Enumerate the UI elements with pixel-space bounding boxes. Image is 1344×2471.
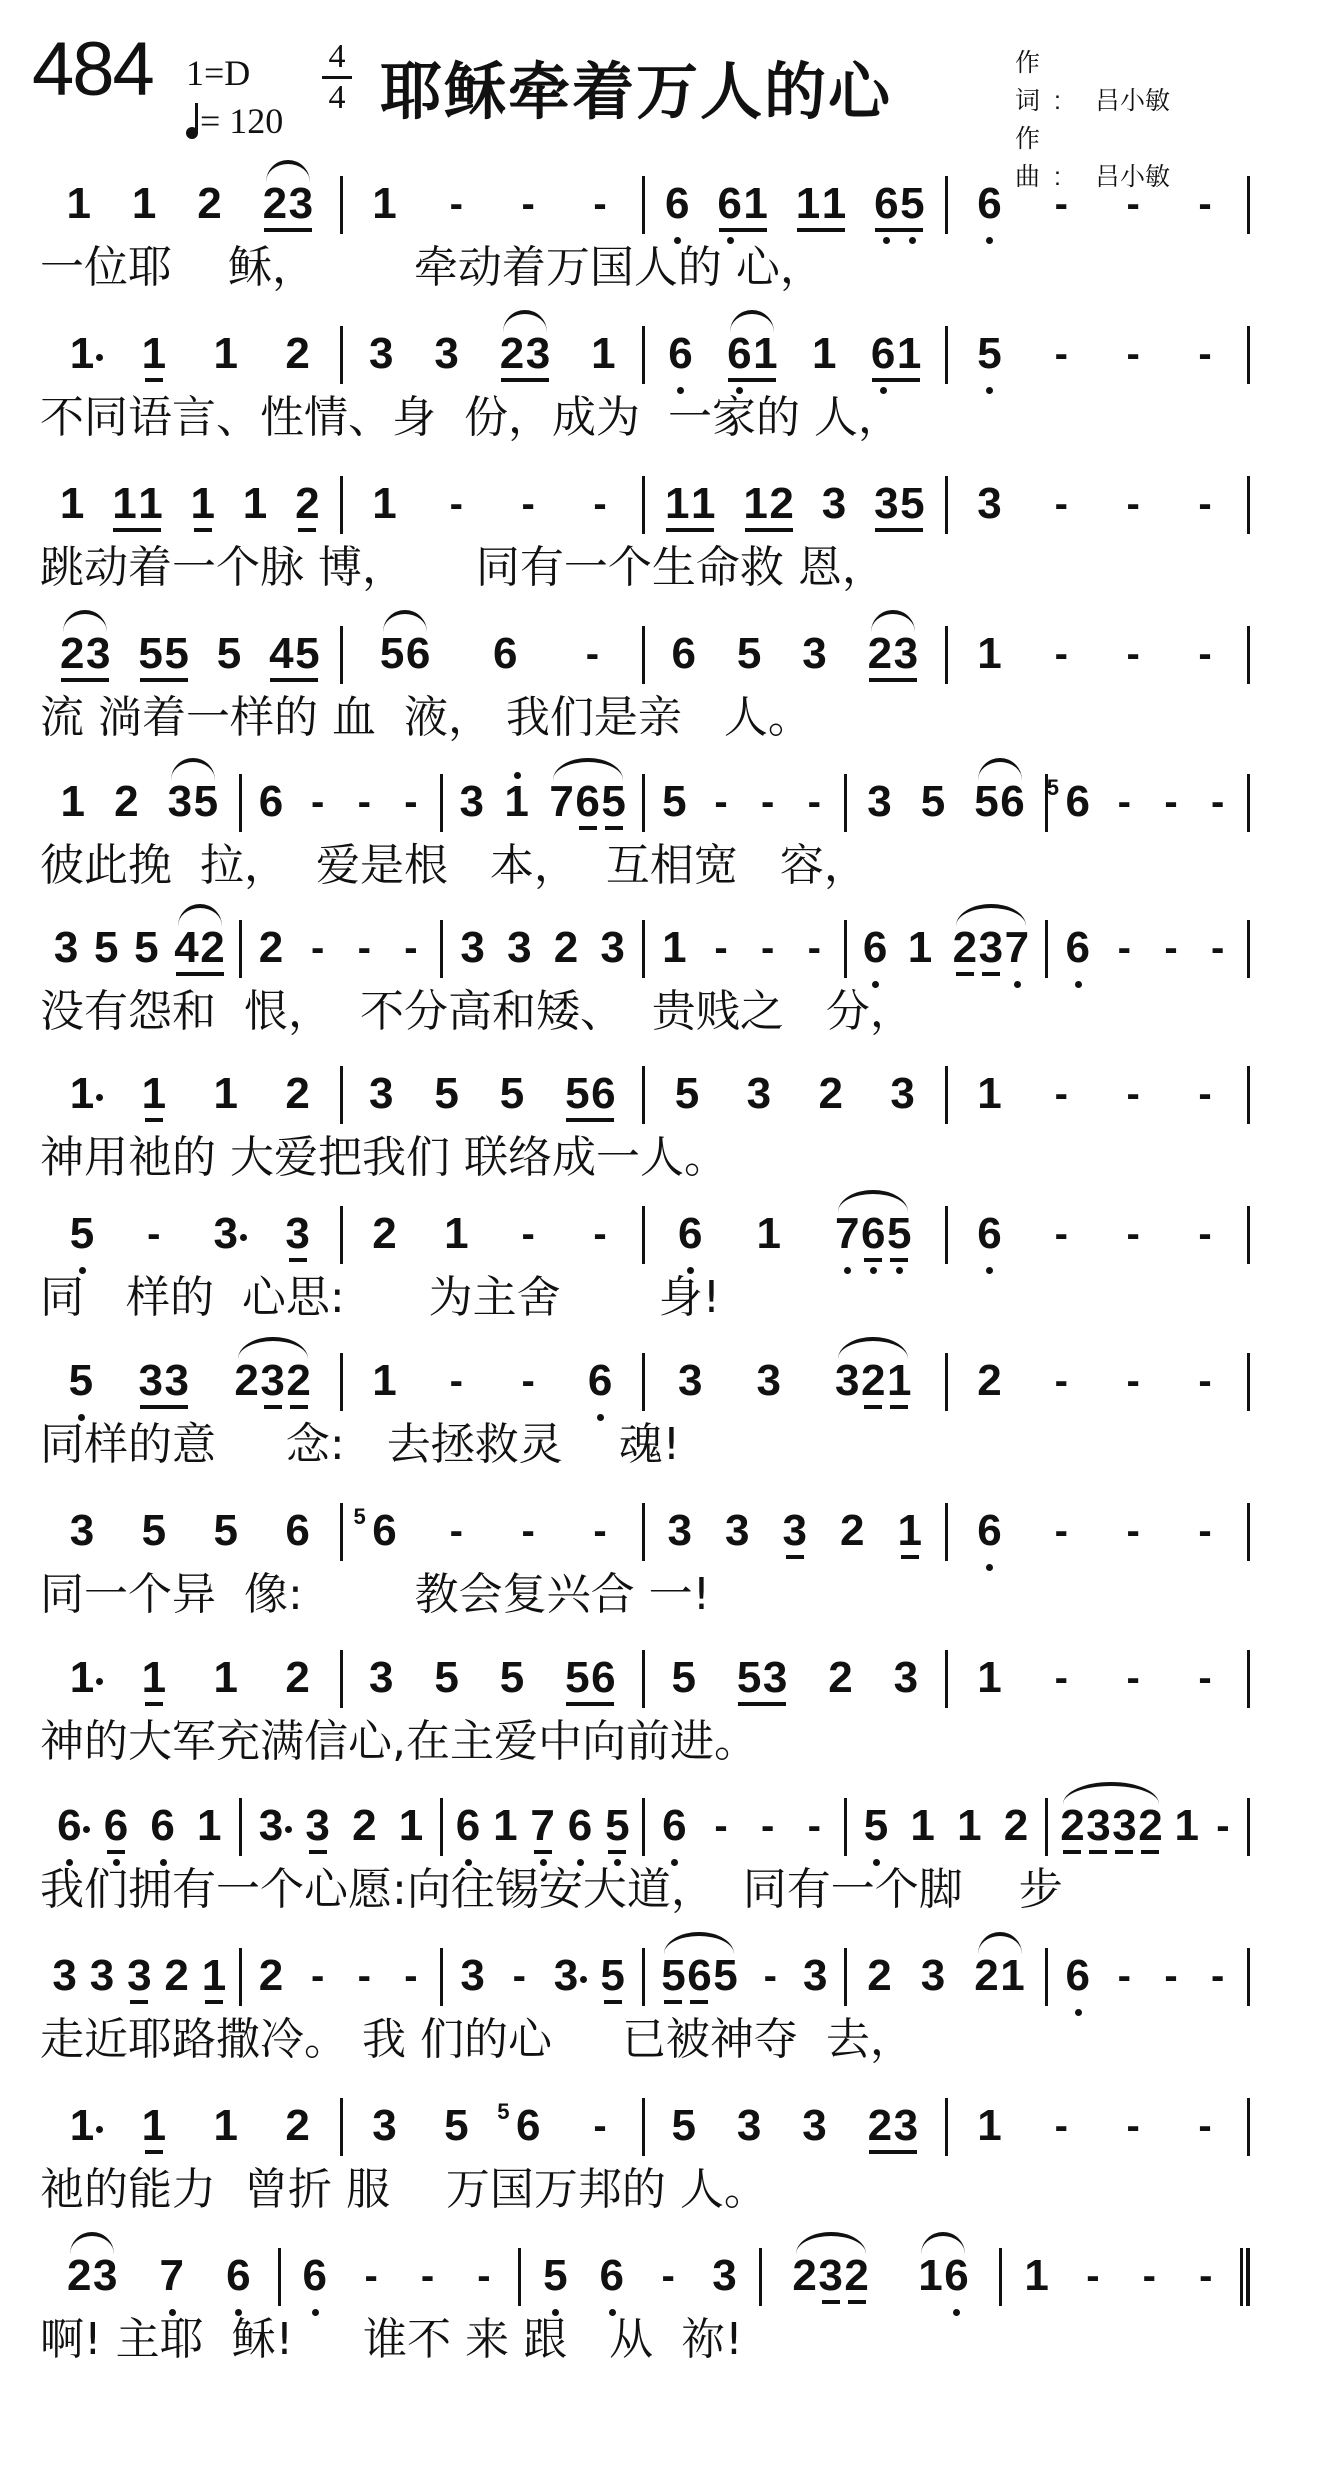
note-group: 45 <box>268 632 320 688</box>
note-group: 11 <box>111 482 163 538</box>
sustain-dash: - <box>1192 1509 1218 1565</box>
lyrics-line: 流 淌着一样的 血 液， 我们是亲 人。 <box>40 688 1250 766</box>
note: 6 <box>1000 780 1026 836</box>
note: 1 <box>69 1072 95 1128</box>
measure: 5--- <box>948 318 1248 388</box>
note: 5 <box>886 1212 912 1268</box>
measure: 53323 <box>645 2090 945 2160</box>
note: 1 <box>196 1804 222 1860</box>
note: 6 <box>599 2254 625 2310</box>
note: 2 <box>860 1359 886 1415</box>
measure: 5-33 <box>40 1198 340 1268</box>
note: 5 <box>974 780 1000 836</box>
measure: 1112 <box>40 1642 340 1712</box>
notes-row: 111235556553231--- <box>40 1642 1250 1712</box>
note-group: 765 <box>834 1212 912 1268</box>
note: 7 <box>1004 926 1030 982</box>
note: 65 <box>371 1509 397 1565</box>
measure: 5--- <box>645 766 844 836</box>
note: 1 <box>371 182 397 238</box>
note: 6 <box>590 1072 616 1128</box>
augmentation-dot <box>96 1678 103 1685</box>
note: 3 <box>260 1359 286 1415</box>
lyrics-line: 没有怨和 恨， 不分高和矮、 贵贱之 分， <box>40 982 1250 1060</box>
sustain-dash: - <box>398 1954 424 2010</box>
note: 6 <box>862 926 888 982</box>
note: 3 <box>371 2104 397 2160</box>
sustain-dash: - <box>1120 1072 1146 1128</box>
note: 3 <box>126 1954 152 2010</box>
note-group: 565 <box>660 1954 738 2010</box>
note: 1 <box>190 482 216 538</box>
note: 3 <box>368 332 394 388</box>
sustain-dash: - <box>1048 2104 1074 2160</box>
note: 1 <box>111 482 137 538</box>
note: 1 <box>242 482 268 538</box>
note: 3 <box>85 632 111 688</box>
sustain-dash: - <box>1048 1212 1074 1268</box>
note: 6 <box>976 182 1002 238</box>
note-group: 53 <box>736 1656 788 1712</box>
measure: 565-3 <box>645 1940 844 2010</box>
sustain-dash: - <box>515 1509 541 1565</box>
slur-arc <box>266 160 310 182</box>
lyricist-name: 吕小敏 <box>1095 87 1170 115</box>
note: 2 <box>164 1954 190 2010</box>
score-line: 111235556553231---神的大军充满信心,在主爱中向前进。 <box>40 1642 1250 1790</box>
sustain-dash: - <box>1120 632 1146 688</box>
score-line: 355422---33231---612376---没有怨和 恨， 不分高和矮、… <box>40 912 1250 1060</box>
note-group: 23 <box>499 332 551 388</box>
measure: 1112335 <box>645 468 945 538</box>
note: 6 <box>150 1804 176 1860</box>
sustain-dash: - <box>358 2254 384 2310</box>
note: 5 <box>434 1656 460 1712</box>
note: 3 <box>677 1359 703 1415</box>
notes-row: 12356---317655---355665--- <box>40 766 1250 836</box>
notes-row: 333212---3-35565-323216--- <box>40 1940 1250 2010</box>
note: 1 <box>886 1359 912 1415</box>
note-group: 237 <box>952 926 1030 982</box>
note: 1 <box>917 2254 943 2310</box>
measure: 5323 <box>645 1058 945 1128</box>
note: 2 <box>818 1072 844 1128</box>
measure: 111112 <box>40 468 340 538</box>
note: 2 <box>258 1954 284 2010</box>
note: 3 <box>782 1509 808 1565</box>
measure: 2--- <box>242 912 441 982</box>
note: 6 <box>103 1804 129 1860</box>
note: 1 <box>137 482 163 538</box>
note: 5 <box>976 332 1002 388</box>
sustain-dash: - <box>1158 926 1184 982</box>
measure: 6--- <box>948 1495 1248 1565</box>
score-line: 12356---317655---355665---彼此挽 拉， 爱是根 本， … <box>40 766 1250 914</box>
note: 3 <box>736 2104 762 2160</box>
note: 3 <box>459 780 485 836</box>
grace-note: 5 <box>353 1495 365 1539</box>
lyrics-line: 彼此挽 拉， 爱是根 本， 互相宽 容， <box>40 836 1250 914</box>
note: 3 <box>818 2254 844 2310</box>
sustain-dash: - <box>471 2254 497 2310</box>
measure: 6--- <box>1048 1940 1247 2010</box>
measure: 1--- <box>1002 2240 1240 2310</box>
measure: 1--- <box>948 1642 1248 1712</box>
low-octave-dot <box>609 2309 616 2316</box>
sustain-dash: - <box>1120 2104 1146 2160</box>
note: 5 <box>671 1656 697 1712</box>
note-group: 42 <box>174 926 226 982</box>
sustain-dash: - <box>351 780 377 836</box>
note: 3 <box>553 1954 579 2010</box>
note: 2 <box>769 482 795 538</box>
note: 1 <box>69 2104 95 2160</box>
note: 1 <box>60 780 86 836</box>
note: 2 <box>1003 1804 1029 1860</box>
measure: 6611165 <box>645 168 945 238</box>
note: 7 <box>159 2254 185 2310</box>
note: 1 <box>504 780 530 836</box>
measure: 55323 <box>645 1642 945 1712</box>
low-octave-dot <box>873 1859 880 1866</box>
note: 3 <box>368 1072 394 1128</box>
measure: 1112 <box>40 1058 340 1128</box>
grace-note: 5 <box>497 2090 509 2134</box>
note: 2 <box>827 1656 853 1712</box>
measure: 65--- <box>1048 766 1247 836</box>
sustain-dash: - <box>708 780 734 836</box>
note: 1 <box>907 926 933 982</box>
note: 3 <box>506 926 532 982</box>
measure: 1--- <box>343 468 643 538</box>
measure: 6--- <box>242 766 441 836</box>
note-group: 61 <box>717 182 769 238</box>
sustain-dash: - <box>1192 182 1218 238</box>
measure: 23216 <box>762 2240 1000 2310</box>
sustain-dash: - <box>708 926 734 982</box>
low-octave-dot <box>540 1859 547 1866</box>
measure: 566- <box>343 618 643 688</box>
measure: 3556 <box>847 766 1046 836</box>
note: 5 <box>600 1954 626 2010</box>
note-group: 56 <box>564 1072 616 1128</box>
measure: 1--- <box>948 1058 1248 1128</box>
measure: 6--- <box>948 168 1248 238</box>
sustain-dash: - <box>1048 332 1074 388</box>
note: 6 <box>225 2254 251 2310</box>
sustain-dash: - <box>1111 780 1137 836</box>
barline <box>1247 476 1250 534</box>
sustain-dash: - <box>443 182 469 238</box>
sustain-dash: - <box>1120 1656 1146 1712</box>
measure: 65323 <box>645 618 945 688</box>
note: 6 <box>587 1359 613 1415</box>
low-octave-dot <box>727 237 734 244</box>
note: 3 <box>890 1072 916 1128</box>
note: 5 <box>601 780 627 836</box>
sustain-dash: - <box>305 780 331 836</box>
tempo-value: = 120 <box>200 101 283 141</box>
measure: 1--- <box>948 2090 1248 2160</box>
measure: 61765 <box>645 1198 945 1268</box>
barline <box>1247 774 1250 832</box>
sustain-dash: - <box>757 1954 783 2010</box>
sustain-dash: - <box>1120 182 1146 238</box>
sustain-dash: - <box>1205 926 1231 982</box>
note: 2 <box>285 2104 311 2160</box>
note: 1 <box>443 1212 469 1268</box>
note-group: 23 <box>66 2254 118 2310</box>
note: 5 <box>736 1656 762 1712</box>
note: 3 <box>746 1072 772 1128</box>
note: 2 <box>285 332 311 388</box>
note-group: 232 <box>234 1359 312 1415</box>
note: 2 <box>262 182 288 238</box>
note: 3 <box>434 332 460 388</box>
note: 1 <box>213 332 239 388</box>
note: 1 <box>897 1509 923 1565</box>
note: 5 <box>443 2104 469 2160</box>
lyrics-line: 神的大军充满信心,在主爱中向前进。 <box>40 1712 1250 1790</box>
augmentation-dot <box>285 1826 292 1833</box>
measure: 65--- <box>343 1495 643 1565</box>
note: 6 <box>677 1212 703 1268</box>
measure: 6661 <box>40 1790 239 1860</box>
notes-row: 1112332316611615--- <box>40 318 1250 388</box>
note: 1 <box>661 926 687 982</box>
note: 1 <box>141 1656 167 1712</box>
measure: 33321 <box>645 1345 945 1415</box>
score-line: 23766---56-3232161---啊! 主耶 稣! 谁不 来 跟 从 祢… <box>40 2240 1250 2388</box>
lyrics-line: 不同语言、性情、身 份，成为 一家的 人， <box>40 388 1250 466</box>
note: 3 <box>1111 1804 1137 1860</box>
note-group: 21 <box>974 1954 1026 2010</box>
score-line: 11123555653231---神用祂的 大爱把我们 联络成一人。 <box>40 1058 1250 1206</box>
note: 5 <box>899 482 925 538</box>
note: 1 <box>1000 1954 1026 2010</box>
measure: 3321 <box>242 1790 441 1860</box>
note: 2 <box>294 482 320 538</box>
note: 1 <box>371 482 397 538</box>
sustain-dash: - <box>506 1954 532 2010</box>
lyrics-line: 啊! 主耶 稣! 谁不 来 跟 从 祢! <box>40 2310 1250 2388</box>
note: 3 <box>164 1359 190 1415</box>
note: 5 <box>564 1072 590 1128</box>
sustain-dash: - <box>801 926 827 982</box>
lyrics-line: 走近耶路撒冷。 我 们的心 已被神夺 去， <box>40 2010 1250 2088</box>
note-group: 232 <box>792 2254 870 2310</box>
note: 5 <box>499 1656 525 1712</box>
note: 3 <box>834 1359 860 1415</box>
time-signature-bottom: 4 <box>322 81 352 115</box>
note: 2 <box>839 1509 865 1565</box>
barline <box>1247 2098 1250 2156</box>
note: 1 <box>910 1804 936 1860</box>
sustain-dash: - <box>1192 632 1218 688</box>
sustain-dash: - <box>305 1954 331 2010</box>
note-group: 23 <box>262 182 314 238</box>
note: 1 <box>752 332 778 388</box>
note: 6 <box>976 1212 1002 1268</box>
sustain-dash: - <box>515 182 541 238</box>
low-octave-dot <box>880 387 887 394</box>
measure: 23321- <box>1048 1790 1247 1860</box>
measure: 2321 <box>847 1940 1046 2010</box>
measure: 3556 <box>40 1495 340 1565</box>
barline <box>1247 920 1250 978</box>
note-group: 23 <box>59 632 111 688</box>
note: 3 <box>866 780 892 836</box>
note: 1 <box>492 1804 518 1860</box>
score-line: 1112332316611615---不同语言、性情、身 份，成为 一家的 人， <box>40 318 1250 466</box>
score-line: 66613321617656---511223321-我们拥有一个心愿:向往锡安… <box>40 1790 1250 1938</box>
lyricist-label: 作 词: <box>1015 44 1095 120</box>
note: 1 <box>141 332 167 388</box>
score-line: 355665---333216---同一个异 像: 教会复兴合 一! <box>40 1495 1250 1643</box>
note-group: 55 <box>138 632 190 688</box>
sustain-dash: - <box>1120 1509 1146 1565</box>
note: 1 <box>1024 2254 1050 2310</box>
note: 3 <box>756 1359 782 1415</box>
score-line: 112231---66111656---一位耶 稣， 牵动着万国人的 心， <box>40 168 1250 316</box>
note: 1 <box>141 1072 167 1128</box>
note: 6 <box>664 182 690 238</box>
high-octave-dot <box>514 772 521 779</box>
note: 1 <box>398 1804 424 1860</box>
sustain-dash: - <box>587 1212 613 1268</box>
sustain-dash: - <box>443 1509 469 1565</box>
note: 6 <box>567 1804 593 1860</box>
measure: 6--- <box>281 2240 519 2310</box>
sustain-dash: - <box>1158 1954 1184 2010</box>
measure: 6--- <box>645 1790 844 1860</box>
note: 2 <box>285 1072 311 1128</box>
sustain-dash: - <box>515 1359 541 1415</box>
sustain-dash: - <box>1080 2254 1106 2310</box>
note: 3 <box>368 1656 394 1712</box>
note: 2 <box>113 780 139 836</box>
note: 6 <box>455 1804 481 1860</box>
note: 3 <box>92 2254 118 2310</box>
note: 2 <box>952 926 978 982</box>
note: 3 <box>667 1509 693 1565</box>
note: 5 <box>604 1804 630 1860</box>
sustain-dash: - <box>515 482 541 538</box>
barline <box>1247 176 1250 234</box>
score-header: 484 1=D = 120 4 4 耶稣牵着万人的心 作 词:吕小敏 作 曲:吕… <box>0 0 1344 150</box>
note: 6 <box>873 182 899 238</box>
note: 6 <box>671 632 697 688</box>
note: 1 <box>213 1072 239 1128</box>
low-octave-dot <box>1075 981 1082 988</box>
note: 7 <box>834 1212 860 1268</box>
note: 5 <box>863 1804 889 1860</box>
sustain-dash: - <box>1048 482 1074 538</box>
note: 6 <box>870 332 896 388</box>
song-title: 耶稣牵着万人的心 <box>380 42 892 131</box>
lyrics-line: 同样的意 念: 去拯救灵 魂! <box>40 1415 1250 1493</box>
barline <box>1247 1066 1250 1124</box>
measure: 33321 <box>645 1495 945 1565</box>
note: 5 <box>920 780 946 836</box>
note: 3 <box>893 632 919 688</box>
note: 2 <box>371 1212 397 1268</box>
note: 5 <box>216 632 242 688</box>
barline <box>1247 1650 1250 1708</box>
note-group: 33 <box>138 1359 190 1415</box>
low-octave-dot <box>169 2309 176 2316</box>
note: 3 <box>893 1656 919 1712</box>
score-line: 1111121---11123353---跳动着一个脉 博， 同有一个生命救 恩… <box>40 468 1250 616</box>
barline <box>1247 1798 1250 1856</box>
sustain-dash: - <box>1192 2104 1218 2160</box>
score-line: 2355545566-653231---流 淌着一样的 血 液， 我们是亲 人。 <box>40 618 1250 766</box>
measure: 1--6 <box>343 1345 643 1415</box>
note: 6 <box>1065 1954 1091 2010</box>
sustain-dash: - <box>415 2254 441 2310</box>
note: 3 <box>525 332 551 388</box>
sustain-dash: - <box>1111 926 1137 982</box>
measure: 1112 <box>40 2090 340 2160</box>
note: 2 <box>867 632 893 688</box>
hymn-number: 484 <box>32 26 153 113</box>
note: 3 <box>89 1954 115 2010</box>
measure: 1235 <box>40 766 239 836</box>
notes-row: 11123555653231--- <box>40 1058 1250 1128</box>
sustain-dash: - <box>1158 780 1184 836</box>
note: 5 <box>68 1359 94 1415</box>
note: 6 <box>1065 926 1091 982</box>
low-octave-dot <box>160 1859 167 1866</box>
note: 3 <box>802 1954 828 2010</box>
sustain-dash: - <box>1192 1359 1218 1415</box>
note: 1 <box>66 182 92 238</box>
note: 1 <box>976 632 1002 688</box>
note: 3 <box>52 1954 78 2010</box>
measure: 6--- <box>948 1198 1248 1268</box>
barline <box>1247 326 1250 384</box>
note: 5 <box>499 1072 525 1128</box>
sustain-dash: - <box>1048 1072 1074 1128</box>
note: 6 <box>726 332 752 388</box>
sustain-dash: - <box>587 482 613 538</box>
final-barline <box>1240 2248 1250 2306</box>
score-line: 333212---3-35565-323216---走近耶路撒冷。 我 们的心 … <box>40 1940 1250 2088</box>
note: 2 <box>258 926 284 982</box>
sustain-dash: - <box>1120 1212 1146 1268</box>
augmentation-dot <box>83 1826 90 1833</box>
note: 5 <box>141 1509 167 1565</box>
sustain-dash: - <box>1192 332 1218 388</box>
lyrics-line: 同 样的 心思: 为主舍 身! <box>40 1268 1250 1346</box>
measure: 35542 <box>40 912 239 982</box>
sustain-dash: - <box>1120 1359 1146 1415</box>
notes-row: 66613321617656---511223321- <box>40 1790 1250 1860</box>
sustain-dash: - <box>443 482 469 538</box>
note: 1 <box>213 1656 239 1712</box>
sustain-dash: - <box>515 1212 541 1268</box>
low-octave-dot <box>577 1859 584 1866</box>
note: 65 <box>1065 780 1091 836</box>
note: 3 <box>821 482 847 538</box>
note: 3 <box>893 2104 919 2160</box>
sustain-dash: - <box>1192 482 1218 538</box>
note: 2 <box>66 2254 92 2310</box>
sustain-dash: - <box>708 1804 734 1860</box>
note: 1 <box>131 182 157 238</box>
low-octave-dot <box>1014 981 1021 988</box>
sustain-dash: - <box>1048 1359 1074 1415</box>
